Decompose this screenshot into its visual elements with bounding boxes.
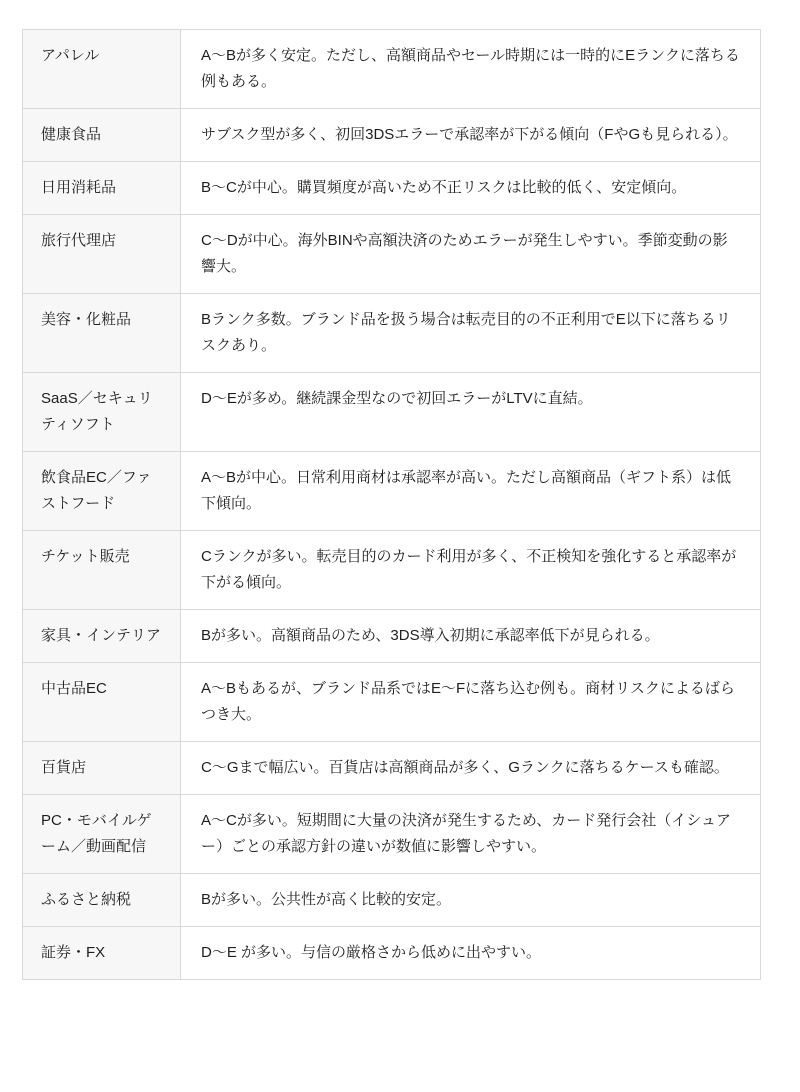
category-cell: 美容・化粧品 <box>23 294 181 373</box>
page: アパレル A〜Bが多く安定。ただし、高額商品やセール時期には一時的にEランクに落… <box>0 0 800 1092</box>
description-cell: A〜Bもあるが、ブランド品系ではE〜Fに落ち込む例も。商材リスクによるばらつき大… <box>181 663 761 742</box>
description-cell: D〜E が多い。与信の厳格さから低めに出やすい。 <box>181 927 761 980</box>
description-cell: サブスク型が多く、初回3DSエラーで承認率が下がる傾向（FやGも見られる）。 <box>181 109 761 162</box>
table-row: SaaS／セキュリティソフト D〜Eが多め。継続課金型なので初回エラーがLTVに… <box>23 373 761 452</box>
table-row: 百貨店 C〜Gまで幅広い。百貨店は高額商品が多く、Gランクに落ちるケースも確認。 <box>23 742 761 795</box>
table-row: チケット販売 Cランクが多い。転売目的のカード利用が多く、不正検知を強化すると承… <box>23 531 761 610</box>
category-cell: 家具・インテリア <box>23 610 181 663</box>
description-cell: B〜Cが中心。購買頻度が高いため不正リスクは比較的低く、安定傾向。 <box>181 162 761 215</box>
description-cell: A〜Bが多く安定。ただし、高額商品やセール時期には一時的にEランクに落ちる例もあ… <box>181 30 761 109</box>
description-cell: C〜Dが中心。海外BINや高額決済のためエラーが発生しやすい。季節変動の影響大。 <box>181 215 761 294</box>
table-row: 旅行代理店 C〜Dが中心。海外BINや高額決済のためエラーが発生しやすい。季節変… <box>23 215 761 294</box>
table-row: 中古品EC A〜Bもあるが、ブランド品系ではE〜Fに落ち込む例も。商材リスクによ… <box>23 663 761 742</box>
description-cell: A〜Cが多い。短期間に大量の決済が発生するため、カード発行会社（イシュアー）ごと… <box>181 795 761 874</box>
category-cell: 日用消耗品 <box>23 162 181 215</box>
table-row: アパレル A〜Bが多く安定。ただし、高額商品やセール時期には一時的にEランクに落… <box>23 30 761 109</box>
category-cell: 中古品EC <box>23 663 181 742</box>
category-cell: SaaS／セキュリティソフト <box>23 373 181 452</box>
table-row: PC・モバイルゲーム／動画配信 A〜Cが多い。短期間に大量の決済が発生するため、… <box>23 795 761 874</box>
industry-rank-table: アパレル A〜Bが多く安定。ただし、高額商品やセール時期には一時的にEランクに落… <box>22 29 761 980</box>
category-cell: 百貨店 <box>23 742 181 795</box>
category-cell: PC・モバイルゲーム／動画配信 <box>23 795 181 874</box>
table-body: アパレル A〜Bが多く安定。ただし、高額商品やセール時期には一時的にEランクに落… <box>23 30 761 980</box>
description-cell: Bが多い。公共性が高く比較的安定。 <box>181 874 761 927</box>
table-row: 証券・FX D〜E が多い。与信の厳格さから低めに出やすい。 <box>23 927 761 980</box>
table-row: 家具・インテリア Bが多い。高額商品のため、3DS導入初期に承認率低下が見られる… <box>23 610 761 663</box>
table-row: 健康食品 サブスク型が多く、初回3DSエラーで承認率が下がる傾向（FやGも見られ… <box>23 109 761 162</box>
table-row: ふるさと納税 Bが多い。公共性が高く比較的安定。 <box>23 874 761 927</box>
description-cell: Cランクが多い。転売目的のカード利用が多く、不正検知を強化すると承認率が下がる傾… <box>181 531 761 610</box>
category-cell: 証券・FX <box>23 927 181 980</box>
table-row: 美容・化粧品 Bランク多数。ブランド品を扱う場合は転売目的の不正利用でE以下に落… <box>23 294 761 373</box>
description-cell: C〜Gまで幅広い。百貨店は高額商品が多く、Gランクに落ちるケースも確認。 <box>181 742 761 795</box>
description-cell: Bランク多数。ブランド品を扱う場合は転売目的の不正利用でE以下に落ちるリスクあり… <box>181 294 761 373</box>
description-cell: D〜Eが多め。継続課金型なので初回エラーがLTVに直結。 <box>181 373 761 452</box>
description-cell: Bが多い。高額商品のため、3DS導入初期に承認率低下が見られる。 <box>181 610 761 663</box>
category-cell: 健康食品 <box>23 109 181 162</box>
table-row: 飲食品EC／ファストフード A〜Bが中心。日常利用商材は承認率が高い。ただし高額… <box>23 452 761 531</box>
category-cell: アパレル <box>23 30 181 109</box>
description-cell: A〜Bが中心。日常利用商材は承認率が高い。ただし高額商品（ギフト系）は低下傾向。 <box>181 452 761 531</box>
table-row: 日用消耗品 B〜Cが中心。購買頻度が高いため不正リスクは比較的低く、安定傾向。 <box>23 162 761 215</box>
category-cell: 旅行代理店 <box>23 215 181 294</box>
category-cell: 飲食品EC／ファストフード <box>23 452 181 531</box>
category-cell: チケット販売 <box>23 531 181 610</box>
category-cell: ふるさと納税 <box>23 874 181 927</box>
